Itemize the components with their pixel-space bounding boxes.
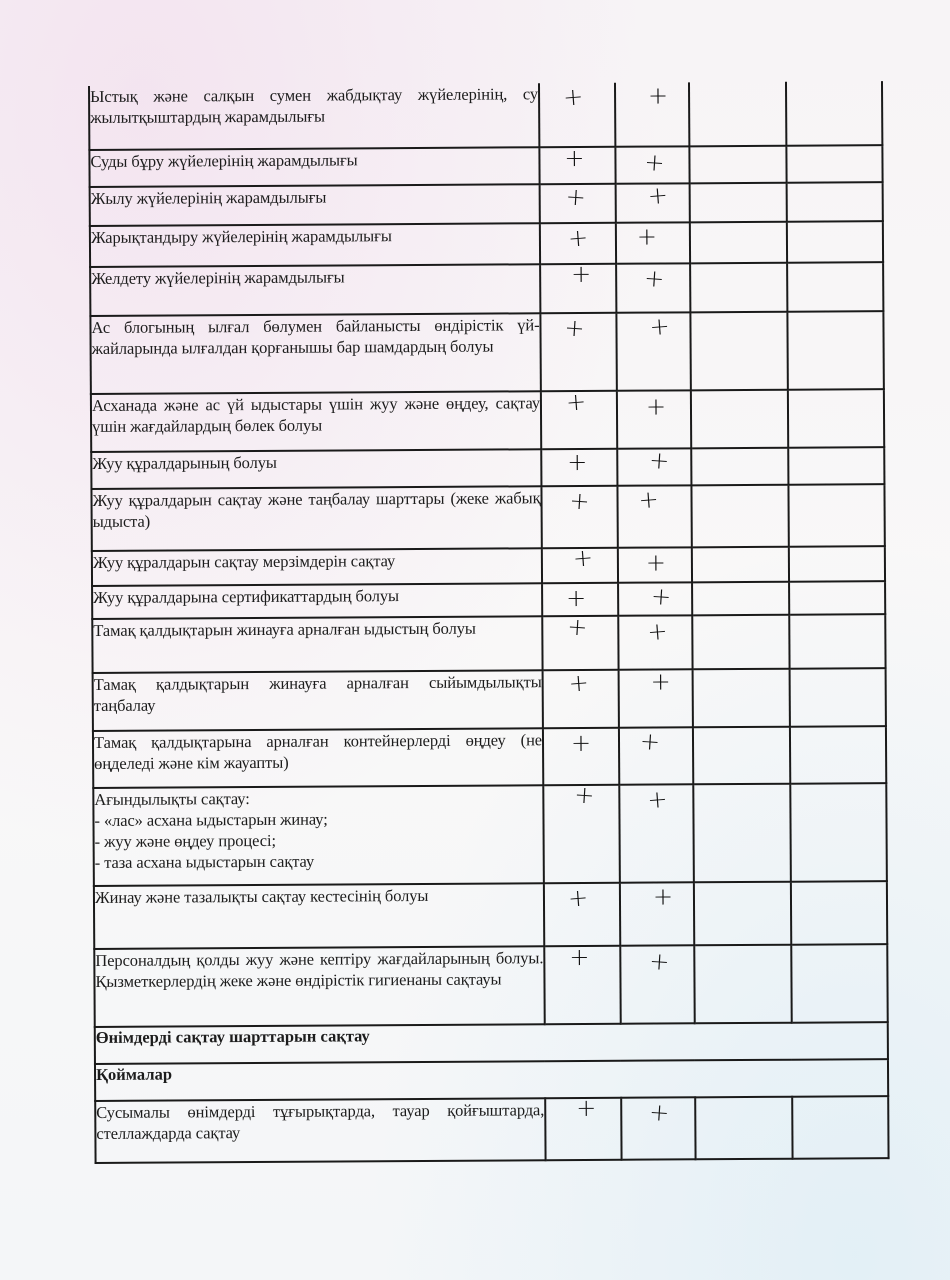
handwritten-plus-mark: + — [565, 389, 587, 414]
criterion-text: Сусымалы өнімдерді тұғырықтарда, тауар қ… — [95, 1098, 545, 1163]
mark-cell-1[interactable]: + — [544, 946, 620, 1024]
mark-cell-1[interactable]: + — [541, 486, 617, 548]
criterion-line: - таза асхана ыдыстарын сақтау — [95, 849, 543, 873]
handwritten-plus-mark: + — [648, 83, 668, 107]
criterion-line: Суды бұру жүйелерінің жарамдылығы — [90, 150, 357, 171]
criterion-text: Жинау және тазалықты сақтау кестесінің б… — [94, 883, 544, 949]
mark-cell-4[interactable] — [787, 262, 883, 312]
mark-cell-3[interactable] — [695, 1097, 792, 1160]
section-row: Өнімдерді сақтау шарттарын сақтау — [95, 1022, 888, 1064]
mark-cell-2[interactable]: + — [616, 263, 690, 312]
handwritten-plus-mark: + — [638, 487, 660, 512]
criterion-line: - жуу және өңдеу процесі; — [95, 828, 543, 852]
mark-cell-3[interactable] — [693, 669, 790, 728]
criterion-line: Асханада және ас үй ыдыстары үшін жуу жә… — [92, 393, 540, 436]
checklist-row: Тамақ қалдықтарын жинауға арналған сыйым… — [93, 668, 886, 731]
checklist-row: Тамақ қалдықтарына арналған контейнерлер… — [93, 726, 886, 788]
mark-cell-2[interactable]: + — [615, 146, 689, 183]
mark-cell-1[interactable]: + — [542, 548, 618, 583]
mark-cell-1[interactable]: + — [539, 147, 615, 184]
mark-cell-3[interactable] — [693, 727, 790, 785]
mark-cell-2[interactable]: + — [619, 727, 693, 784]
criterion-line: Жуу құралдарын сақтау мерзімдерін сақтау — [93, 551, 395, 572]
criterion-line: Жинау және тазалықты сақтау кестесінің б… — [95, 886, 429, 907]
criterion-line: Ыстық және салқын сумен жабдықтау жүйеле… — [90, 84, 538, 127]
mark-cell-2[interactable]: + — [617, 390, 691, 448]
mark-cell-2[interactable]: + — [621, 1097, 695, 1159]
mark-cell-3[interactable] — [694, 882, 791, 946]
checklist-row: Ыстық және салқын сумен жабдықтау жүйеле… — [89, 81, 882, 150]
criterion-text: Тамақ қалдықтарын жинауға арналған ыдыст… — [92, 616, 542, 673]
handwritten-plus-mark: + — [648, 448, 670, 473]
handwritten-plus-mark: + — [574, 782, 596, 807]
handwritten-plus-mark: + — [572, 545, 594, 570]
mark-cell-2[interactable]: + — [616, 222, 690, 263]
checklist-body: Ыстық және салқын сумен жабдықтау жүйеле… — [89, 81, 889, 1163]
mark-cell-2[interactable]: + — [615, 82, 689, 146]
criterion-text: Жуу құралдарына сертификаттардың болуы — [92, 583, 542, 619]
handwritten-plus-mark: + — [637, 225, 657, 249]
mark-cell-4[interactable] — [790, 668, 886, 727]
mark-cell-2[interactable]: + — [616, 312, 690, 390]
mark-cell-4[interactable] — [789, 614, 885, 669]
mark-cell-1[interactable]: + — [544, 883, 620, 946]
handwritten-plus-mark: + — [564, 146, 584, 170]
mark-cell-1[interactable]: + — [543, 785, 620, 883]
checklist-row: Жуу құралдарының болуы++ — [91, 447, 884, 489]
mark-cell-3[interactable] — [690, 222, 787, 264]
criterion-text: Тамақ қалдықтарына арналған контейнерлер… — [93, 728, 543, 788]
mark-cell-1[interactable]: + — [539, 83, 615, 147]
handwritten-plus-mark: + — [650, 584, 672, 609]
criterion-text: Ыстық және салқын сумен жабдықтау жүйеле… — [89, 83, 539, 150]
mark-cell-4[interactable] — [786, 145, 882, 183]
criterion-text: Жарықтандыру жүйелерінің жарамдылығы — [90, 223, 540, 267]
handwritten-plus-mark: + — [639, 729, 661, 754]
mark-cell-2[interactable]: + — [618, 547, 692, 582]
handwritten-plus-mark: + — [564, 315, 586, 340]
criterion-text: Жылу жүйелерінің жарамдылығы — [90, 184, 540, 226]
handwritten-plus-mark: + — [648, 1100, 670, 1125]
mark-cell-4[interactable] — [787, 221, 883, 263]
mark-cell-4[interactable] — [786, 81, 882, 146]
mark-cell-3[interactable] — [690, 183, 787, 223]
mark-cell-3[interactable] — [689, 146, 786, 184]
handwritten-plus-mark: + — [649, 314, 671, 339]
handwritten-plus-mark: + — [567, 225, 589, 250]
checklist-row: Жуу құралдарына сертификаттардың болуы++ — [92, 581, 885, 619]
criterion-text: Суды бұру жүйелерінің жарамдылығы — [89, 147, 539, 187]
mark-cell-4[interactable] — [792, 1096, 888, 1159]
criterion-text: Жуу құралдарын сақтау мерзімдерін сақтау — [92, 548, 542, 586]
criterion-text: Жуу құралдарының болуы — [91, 449, 541, 489]
mark-cell-1[interactable]: + — [541, 449, 617, 486]
handwritten-plus-mark: + — [576, 1096, 596, 1120]
handwritten-plus-mark: + — [568, 670, 590, 695]
criterion-line: Сусымалы өнімдерді тұғырықтарда, тауар қ… — [96, 1100, 544, 1143]
mark-cell-3[interactable] — [693, 784, 791, 883]
criterion-line: Персоналдың қолды жуу және кептіру жағда… — [95, 948, 543, 991]
mark-cell-4[interactable] — [790, 783, 887, 882]
mark-cell-2[interactable]: + — [617, 485, 691, 547]
handwritten-plus-mark: + — [651, 669, 671, 693]
checklist-row: Жылу жүйелерінің жарамдылығы++ — [90, 182, 883, 226]
checklist-row: Жуу құралдарын сақтау және таңбалау шарт… — [91, 484, 884, 551]
handwritten-plus-mark: + — [566, 586, 586, 610]
inspection-checklist-table: Ыстық және салқын сумен жабдықтау жүйеле… — [88, 81, 890, 1164]
handwritten-plus-mark: + — [567, 614, 589, 639]
mark-cell-3[interactable] — [690, 312, 787, 391]
criterion-line: Жылу жүйелерінің жарамдылығы — [91, 188, 327, 208]
handwritten-plus-mark: + — [646, 619, 668, 644]
mark-cell-1[interactable]: + — [540, 313, 616, 391]
criterion-line: Жуу құралдарына сертификаттардың болуы — [93, 586, 399, 607]
criterion-text: Персоналдың қолды жуу және кептіру жағда… — [94, 946, 544, 1027]
mark-cell-2[interactable]: + — [619, 669, 693, 727]
mark-cell-1[interactable]: + — [542, 583, 618, 616]
mark-cell-1[interactable]: + — [543, 728, 619, 785]
handwritten-plus-mark: + — [565, 184, 587, 209]
handwritten-plus-mark: + — [646, 787, 668, 812]
handwritten-plus-mark: + — [571, 262, 591, 286]
mark-cell-4[interactable] — [787, 182, 883, 222]
handwritten-plus-mark: + — [569, 945, 589, 969]
criterion-text: Тамақ қалдықтарын жинауға арналған сыйым… — [93, 670, 543, 731]
checklist-row: Персоналдың қолды жуу және кептіру жағда… — [94, 944, 887, 1027]
mark-cell-3[interactable] — [689, 82, 786, 147]
mark-cell-1[interactable]: + — [541, 391, 617, 449]
mark-cell-2[interactable]: + — [618, 582, 692, 615]
criterion-line: Жуу құралдарының болуы — [92, 453, 277, 473]
criterion-line: Желдету жүйелерінің жарамдылығы — [91, 267, 345, 288]
section-title: Қоймалар — [95, 1059, 888, 1101]
criterion-text: Жуу құралдарын сақтау және таңбалау шарт… — [91, 486, 541, 551]
handwritten-plus-mark: + — [653, 884, 673, 908]
criterion-line: Тамақ қалдықтарына арналған контейнерлер… — [94, 730, 542, 773]
handwritten-plus-mark: + — [649, 949, 671, 974]
mark-cell-4[interactable] — [789, 581, 885, 615]
mark-cell-4[interactable] — [788, 447, 884, 485]
mark-cell-1[interactable]: + — [540, 223, 616, 264]
criterion-line: Тамақ қалдықтарын жинауға арналған ыдыст… — [93, 619, 476, 640]
mark-cell-3[interactable] — [691, 485, 788, 548]
criterion-text: Желдету жүйелерінің жарамдылығы — [90, 264, 540, 316]
criterion-text: Ас блогының ылғал бөлумен байланысты өнд… — [90, 313, 540, 394]
criterion-text: Ағындылықты сақтау:- «лас» асхана ыдыста… — [93, 785, 544, 886]
handwritten-plus-mark: + — [562, 84, 584, 109]
mark-cell-3[interactable] — [694, 945, 791, 1024]
checklist-row: Желдету жүйелерінің жарамдылығы++ — [90, 262, 883, 316]
section-row: Қоймалар — [95, 1059, 888, 1101]
mark-cell-1[interactable]: + — [542, 616, 618, 670]
handwritten-plus-mark: + — [646, 394, 666, 418]
mark-cell-1[interactable]: + — [545, 1098, 621, 1160]
mark-cell-4[interactable] — [788, 389, 884, 448]
checklist-row: Сусымалы өнімдерді тұғырықтарда, тауар қ… — [95, 1096, 888, 1163]
mark-cell-4[interactable] — [789, 546, 885, 582]
mark-cell-2[interactable]: + — [620, 882, 694, 945]
checklist-row: Ағындылықты сақтау:- «лас» асхана ыдыста… — [93, 783, 887, 886]
handwritten-plus-mark: + — [571, 731, 591, 755]
mark-cell-3[interactable] — [692, 582, 789, 616]
mark-cell-1[interactable]: + — [543, 670, 619, 728]
criterion-line: - «лас» асхана ыдыстарын жинау; — [94, 807, 542, 831]
mark-cell-1[interactable]: + — [540, 264, 616, 313]
checklist-row: Асханада және ас үй ыдыстары үшін жуу жә… — [91, 389, 884, 452]
mark-cell-4[interactable] — [788, 484, 884, 547]
mark-cell-2[interactable]: + — [616, 183, 690, 222]
checklist-row: Жуу құралдарын сақтау мерзімдерін сақтау… — [92, 546, 885, 586]
section-title: Өнімдерді сақтау шарттарын сақтау — [95, 1022, 888, 1064]
criterion-line: Жарықтандыру жүйелерінің жарамдылығы — [91, 226, 392, 247]
criterion-text: Асханада және ас үй ыдыстары үшін жуу жә… — [91, 391, 541, 452]
handwritten-plus-mark: + — [643, 266, 665, 291]
checklist-row: Жарықтандыру жүйелерінің жарамдылығы++ — [90, 221, 883, 267]
handwritten-plus-mark: + — [644, 150, 666, 175]
checklist-row: Тамақ қалдықтарын жинауға арналған ыдыст… — [92, 614, 885, 673]
handwritten-plus-mark: + — [567, 450, 587, 474]
checklist-row: Суды бұру жүйелерінің жарамдылығы++ — [89, 145, 882, 187]
mark-cell-2[interactable]: + — [618, 615, 692, 669]
mark-cell-3[interactable] — [691, 390, 788, 449]
mark-cell-4[interactable] — [787, 311, 883, 390]
mark-cell-4[interactable] — [791, 944, 887, 1023]
mark-cell-1[interactable]: + — [540, 184, 616, 223]
mark-cell-3[interactable] — [691, 448, 788, 486]
handwritten-plus-mark: + — [646, 550, 666, 574]
checklist-row: Ас блогының ылғал бөлумен байланысты өнд… — [90, 311, 883, 394]
mark-cell-2[interactable]: + — [619, 784, 694, 882]
mark-cell-2[interactable]: + — [620, 945, 694, 1023]
criterion-line: Жуу құралдарын сақтау және таңбалау шарт… — [92, 488, 540, 531]
criterion-line: Ас блогының ылғал бөлумен байланысты өнд… — [91, 315, 539, 358]
mark-cell-3[interactable] — [690, 263, 787, 313]
mark-cell-4[interactable] — [790, 726, 886, 784]
mark-cell-3[interactable] — [692, 615, 789, 670]
handwritten-plus-mark: + — [569, 488, 591, 513]
handwritten-plus-mark: + — [647, 183, 669, 208]
mark-cell-2[interactable]: + — [617, 448, 691, 485]
mark-cell-4[interactable] — [791, 881, 887, 945]
checklist-row: Жинау және тазалықты сақтау кестесінің б… — [94, 881, 887, 949]
criterion-line: Тамақ қалдықтарын жинауға арналған сыйым… — [94, 672, 542, 715]
handwritten-plus-mark: + — [567, 885, 589, 910]
mark-cell-3[interactable] — [692, 547, 789, 583]
criterion-line: Ағындылықты сақтау: — [94, 786, 542, 810]
